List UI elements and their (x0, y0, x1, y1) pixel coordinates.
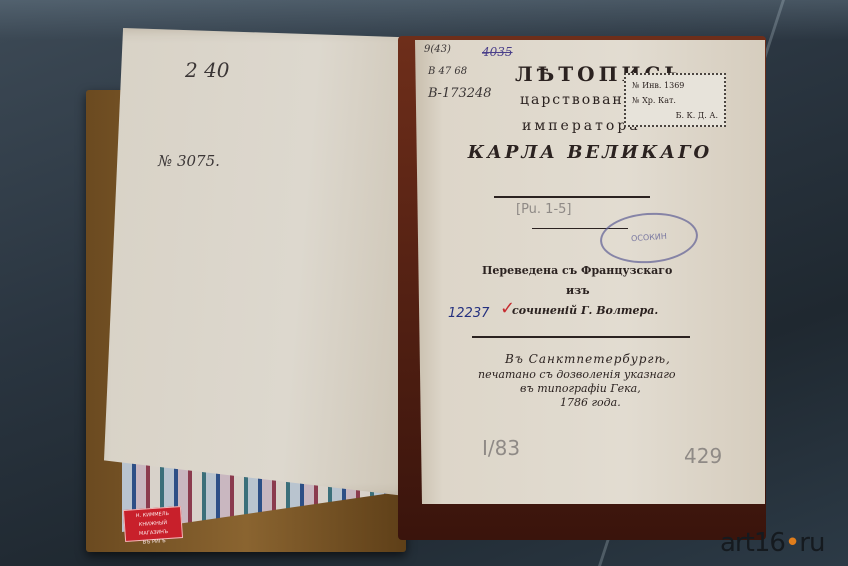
red-check-mark-icon: ✓ (500, 298, 515, 319)
ornamental-rule (472, 336, 690, 338)
watermark-dot-icon: • (785, 528, 799, 558)
shelf-mark: 9(43) (424, 44, 451, 55)
shelf-mark: В-173248 (428, 86, 492, 101)
shelf-mark: В 47 68 (428, 66, 467, 77)
imprint-line-3: въ типографіи Гека, (520, 382, 641, 395)
title-line-3: императора (522, 118, 641, 134)
watermark-text: art16 (720, 528, 785, 558)
ornamental-rule (494, 196, 650, 198)
handwritten-catalog-number: № 3075. (158, 152, 220, 170)
title-line-2: царствованія (520, 92, 641, 108)
left-flyleaf-page (104, 28, 422, 498)
stamp-line: № Хр. Кат. (632, 93, 718, 108)
imprint-year: 1786 года. (560, 396, 621, 409)
translation-line-1: Переведена съ Французскаго (482, 264, 672, 277)
site-watermark: art16•ru (720, 528, 824, 558)
library-inventory-stamp: № Инв. 1369 № Хр. Кат. Б. К. Д. А. (624, 73, 726, 127)
blue-inventory-number: 12237 (448, 306, 489, 321)
translation-line-3: сочиненій Г. Волтера. (512, 304, 658, 317)
handwritten-price: 2 40 (185, 58, 230, 82)
pencil-bottom-right: 429 (684, 444, 722, 468)
translation-line-2: изъ (566, 284, 590, 297)
stamp-line: № Инв. 1369 (632, 78, 718, 93)
title-line-4: КАРЛА ВЕЛИКАГО (450, 142, 730, 163)
watermark-text: ru (799, 528, 824, 558)
pencil-bottom-left: I/83 (482, 436, 520, 460)
imprint-line-2: печатано съ дозволенія указнаго (478, 368, 676, 381)
bookseller-label: Н. КИММЕЛЬ КНИЖНЫЙ МАГАЗИНЪ ВЪ РИГѢ (123, 506, 183, 542)
shelf-mark-crossed: 4035 (482, 45, 513, 59)
imprint-line-1: Въ Санктпетербургѣ, (505, 352, 671, 366)
pencil-note: [Pu. 1-5] (516, 202, 572, 217)
stamp-line: Б. К. Д. А. (632, 108, 718, 123)
